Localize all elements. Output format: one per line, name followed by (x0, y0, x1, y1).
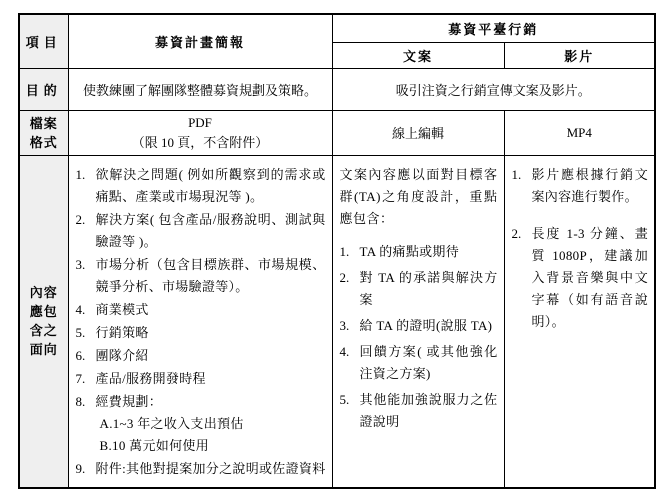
list-item-number: 1. (512, 164, 532, 186)
format-pitch-limit: （限 10 頁，不含附件） (71, 133, 330, 153)
pitch-item-list: 1.欲解決之問題( 例如所觀察到的需求或痛點、產業或市場現況等 )。2.解決方案… (76, 164, 326, 480)
list-item-number: 3. (76, 254, 96, 276)
list-item-text: 經費規劃：A.1~3 年之收入支出預估B.10 萬元如何使用 (96, 391, 326, 457)
list-item-text: 給 TA 的證明(說服 TA) (360, 315, 498, 337)
list-item: 2.長度 1-3 分鐘、畫質 1080P，建議加入背景音樂與中文字幕（如有語音說… (512, 223, 649, 333)
list-item: 1.欲解決之問題( 例如所觀察到的需求或痛點、產業或市場現況等 )。 (76, 164, 326, 208)
content-pitch-cell: 1.欲解決之問題( 例如所觀察到的需求或痛點、產業或市場現況等 )。2.解決方案… (68, 155, 332, 484)
list-item: 3.給 TA 的證明(說服 TA) (340, 315, 498, 337)
format-copy-cell: 線上編輯 (332, 110, 504, 155)
list-item: 3.市場分析（包含目標族群、市場規模、競爭分析、市場驗證等）。 (76, 254, 326, 298)
list-item-number: 5. (340, 389, 360, 411)
purpose-row: 目的 使教練團了解團隊整體募資規劃及策略。 吸引注資之行銷宣傳文案及影片。 (19, 68, 655, 110)
header-row-top: 項目 募資計畫簡報 募資平臺行銷 (19, 14, 655, 42)
document-page: 項目 募資計畫簡報 募資平臺行銷 文案 影片 目的 使教練團了解團隊整體募資規劃… (0, 0, 667, 484)
list-item: 6.團隊介紹 (76, 345, 326, 367)
list-item-text: 回饋方案( 或其他強化注資之方案) (360, 341, 498, 385)
list-item-text: TA 的痛點或期待 (360, 241, 498, 263)
video-item-list: 1.影片應根據行銷文案內容進行製作。2.長度 1-3 分鐘、畫質 1080P，建… (512, 164, 649, 333)
header-video-label: 影片 (564, 49, 594, 64)
list-item-number: 1. (76, 164, 96, 186)
list-item: 8.經費規劃：A.1~3 年之收入支出預估B.10 萬元如何使用 (76, 391, 326, 457)
list-item: 5.其他能加強說服力之佐證說明 (340, 389, 498, 433)
list-item-text: 欲解決之問題( 例如所觀察到的需求或痛點、產業或市場現況等 )。 (96, 164, 326, 208)
header-platform-cell: 募資平臺行銷 (332, 14, 655, 42)
header-pitch-cell: 募資計畫簡報 (68, 14, 332, 68)
list-item-number: 5. (76, 322, 96, 344)
list-item-text: 商業模式 (96, 299, 326, 321)
list-item: 1.影片應根據行銷文案內容進行製作。 (512, 164, 649, 208)
format-video-text: MP4 (567, 125, 592, 140)
content-label-cell: 內容 應包 含之 面向 (19, 155, 68, 484)
list-item-number: 8. (76, 391, 96, 413)
format-row: 檔案 格式 PDF （限 10 頁，不含附件） 線上編輯 MP4 (19, 110, 655, 155)
list-item-number: 7. (76, 368, 96, 390)
format-video-cell: MP4 (504, 110, 655, 155)
list-item-number: 4. (76, 299, 96, 321)
purpose-label: 目的 (26, 83, 62, 98)
header-platform-label: 募資平臺行銷 (448, 22, 538, 37)
purpose-pitch-cell: 使教練團了解團隊整體募資規劃及策略。 (68, 68, 332, 110)
header-copy-label: 文案 (403, 49, 433, 64)
header-item-label: 項目 (26, 35, 62, 50)
list-item: 7.產品/服務開發時程 (76, 368, 326, 390)
content-video-cell: 1.影片應根據行銷文案內容進行製作。2.長度 1-3 分鐘、畫質 1080P，建… (504, 155, 655, 484)
list-item: 2.對 TA 的承諾與解決方案 (340, 267, 498, 311)
list-item-text: 團隊介紹 (96, 345, 326, 367)
list-item-text: 其他能加強說服力之佐證說明 (360, 389, 498, 433)
list-item: 4.回饋方案( 或其他強化注資之方案) (340, 341, 498, 385)
purpose-label-cell: 目的 (19, 68, 68, 110)
list-item-text: 行銷策略 (96, 322, 326, 344)
list-item-text: 解決方案( 包含產品/服務說明、測試與驗證等 )。 (96, 209, 326, 253)
content-row: 內容 應包 含之 面向 1.欲解決之問題( 例如所觀察到的需求或痛點、產業或市場… (19, 155, 655, 484)
list-item-number: 4. (340, 341, 360, 363)
list-item-number: 2. (512, 223, 532, 245)
list-item: 5.行銷策略 (76, 322, 326, 344)
list-item: 1.TA 的痛點或期待 (340, 241, 498, 263)
copy-intro-text: 文案內容應以面對目標客群(TA)之角度設計，重點應包含： (340, 164, 498, 230)
list-item-text: 長度 1-3 分鐘、畫質 1080P，建議加入背景音樂與中文字幕（如有語音說明）… (532, 223, 649, 333)
content-copy-cell: 文案內容應以面對目標客群(TA)之角度設計，重點應包含： 1.TA 的痛點或期待… (332, 155, 504, 484)
list-item-number: 2. (340, 267, 360, 289)
purpose-platform-cell: 吸引注資之行銷宣傳文案及影片。 (332, 68, 655, 110)
list-item: 4.商業模式 (76, 299, 326, 321)
list-item-text: 對 TA 的承諾與解決方案 (360, 267, 498, 311)
list-item-number: 2. (76, 209, 96, 231)
header-pitch-label: 募資計畫簡報 (155, 35, 245, 50)
format-label: 檔案 格式 (30, 116, 58, 150)
content-label: 內容 應包 含之 面向 (30, 285, 58, 357)
header-copy-cell: 文案 (332, 42, 504, 68)
list-item-text: 產品/服務開發時程 (96, 368, 326, 390)
list-item: 9.附件:其他對提案加分之說明或佐證資料 (76, 458, 326, 480)
purpose-platform-text: 吸引注資之行銷宣傳文案及影片。 (396, 83, 591, 98)
list-item-number: 1. (340, 241, 360, 263)
format-pitch-cell: PDF （限 10 頁，不含附件） (68, 110, 332, 155)
list-item: 2.解決方案( 包含產品/服務說明、測試與驗證等 )。 (76, 209, 326, 253)
list-item-number: 6. (76, 345, 96, 367)
list-item-number: 9. (76, 458, 96, 480)
format-pitch-type: PDF (71, 113, 330, 133)
format-label-cell: 檔案 格式 (19, 110, 68, 155)
header-video-cell: 影片 (504, 42, 655, 68)
list-item-text: 影片應根據行銷文案內容進行製作。 (532, 164, 649, 208)
copy-item-list: 1.TA 的痛點或期待2.對 TA 的承諾與解決方案3.給 TA 的證明(說服 … (340, 241, 498, 433)
format-copy-text: 線上編輯 (392, 126, 444, 141)
header-item-cell: 項目 (19, 14, 68, 68)
list-item-text: 附件:其他對提案加分之說明或佐證資料 (96, 458, 326, 480)
fundraising-requirements-table: 項目 募資計畫簡報 募資平臺行銷 文案 影片 目的 使教練團了解團隊整體募資規劃… (18, 13, 656, 484)
list-item-number: 3. (340, 315, 360, 337)
purpose-pitch-text: 使教練團了解團隊整體募資規劃及策略。 (83, 83, 317, 98)
list-sub-item: B.10 萬元如何使用 (96, 435, 326, 457)
list-sub-item: A.1~3 年之收入支出預估 (96, 413, 326, 435)
list-item-text: 市場分析（包含目標族群、市場規模、競爭分析、市場驗證等）。 (96, 254, 326, 298)
